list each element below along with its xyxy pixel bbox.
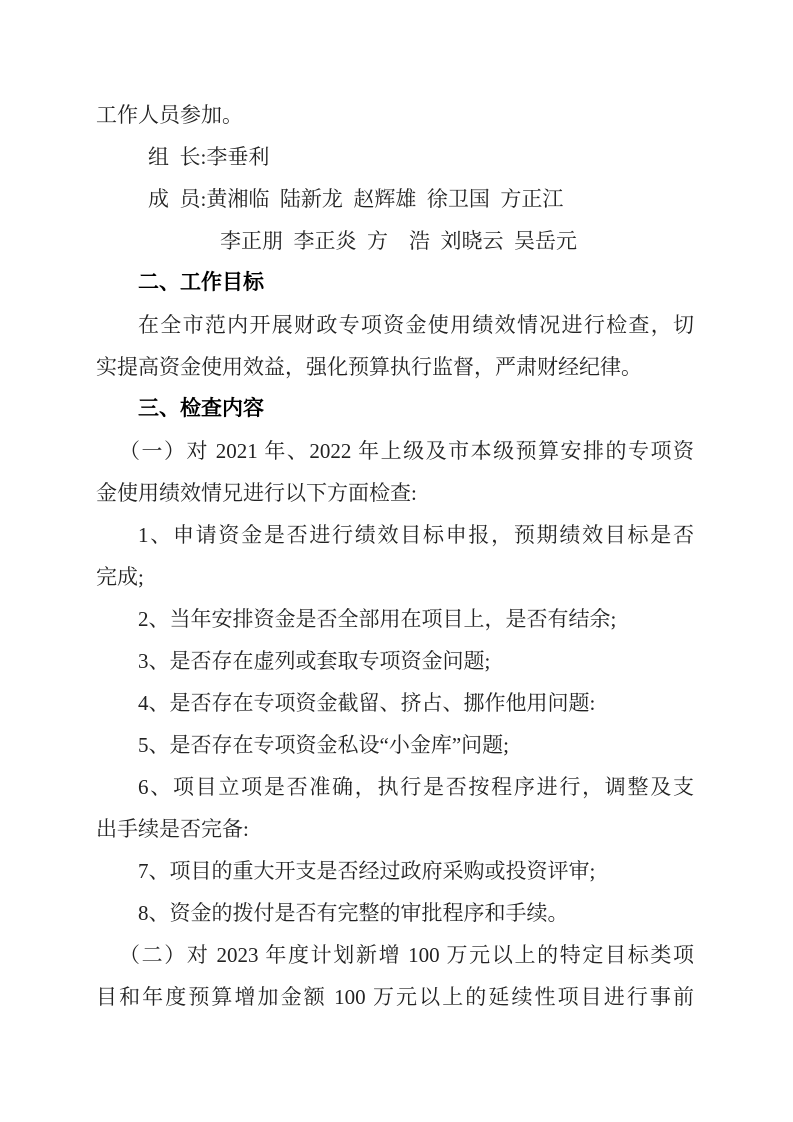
subsection-1-line-2: 金使用绩效情兄进行以下方面检查: <box>96 472 694 514</box>
document-content: 工作人员参加。 组 长:李垂利 成 员:黄湘临 陆新龙 赵辉雄 徐卫国 方正江 … <box>96 94 694 1018</box>
item-6-line-1: 6、项目立项是否准确，执行是否按程序进行，调整及支 <box>96 766 694 808</box>
paragraph-continuation-line: 工作人员参加。 <box>96 94 694 136</box>
subsection-2-line-2: 目和年度预算增加金额 100 万元以上的延续性项目进行事前 <box>96 976 694 1018</box>
document-page: 工作人员参加。 组 长:李垂利 成 员:黄湘临 陆新龙 赵辉雄 徐卫国 方正江 … <box>0 0 793 1122</box>
subsection-1-line-1: （一）对 2021 年、2022 年上级及市本级预算安排的专项资 <box>96 430 694 472</box>
section-heading-work-goals: 二、工作目标 <box>96 262 694 304</box>
item-7: 7、项目的重大开支是否经过政府采购或投资评审; <box>96 850 694 892</box>
item-5: 5、是否存在专项资金私设“小金库”问题; <box>96 724 694 766</box>
team-leader-line: 组 长:李垂利 <box>96 136 694 178</box>
subsection-2-line-1: （二）对 2023 年度计划新增 100 万元以上的特定目标类项 <box>96 934 694 976</box>
team-members-line-1: 成 员:黄湘临 陆新龙 赵辉雄 徐卫国 方正江 <box>96 178 694 220</box>
section-heading-inspection: 三、检查内容 <box>96 388 694 430</box>
work-goals-line-1: 在全市范内开展财政专项资金使用绩效情况进行检查，切 <box>96 304 694 346</box>
item-1-line-2: 完成; <box>96 556 694 598</box>
item-1-line-1: 1、申请资金是否进行绩效目标申报，预期绩效目标是否 <box>96 514 694 556</box>
item-4: 4、是否存在专项资金截留、挤占、挪作他用问题: <box>96 682 694 724</box>
item-3: 3、是否存在虚列或套取专项资金问题; <box>96 640 694 682</box>
item-2: 2、当年安排资金是否全部用在项目上，是否有结余; <box>96 598 694 640</box>
work-goals-line-2: 实提高资金使用效益，强化预算执行监督，严肃财经纪律。 <box>96 346 694 388</box>
team-members-line-2: 李正朋 李正炎 方 浩 刘晓云 吴岳元 <box>96 220 694 262</box>
item-8: 8、资金的拨付是否有完整的审批程序和手续。 <box>96 892 694 934</box>
item-6-line-2: 出手续是否完备: <box>96 808 694 850</box>
